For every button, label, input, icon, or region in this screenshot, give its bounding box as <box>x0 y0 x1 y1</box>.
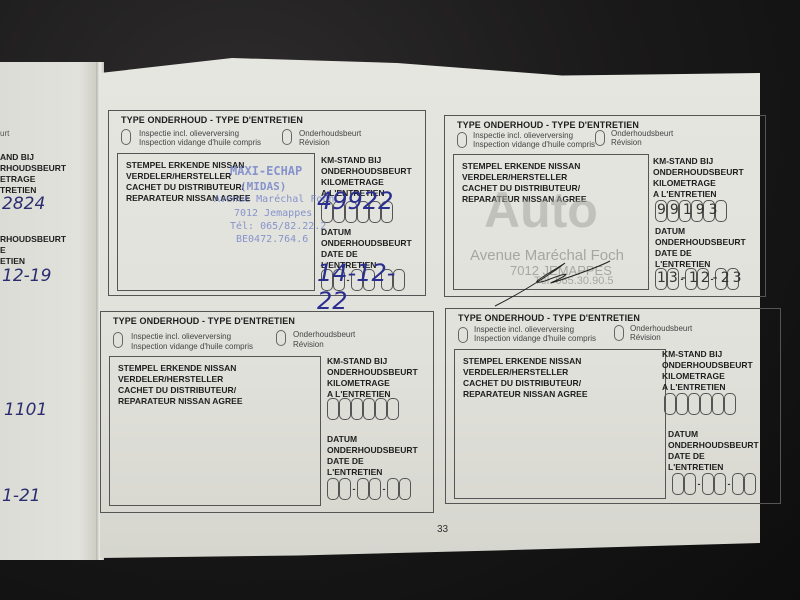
left-fragment: ETRAGE <box>0 174 35 185</box>
left-top-mileage: 2824 <box>2 194 45 214</box>
inspection-label-fr: Inspection vidange d'huile compris <box>139 138 261 148</box>
stamp-logo: Auto <box>484 181 598 239</box>
inspection-label-nl: Inspectie incl. olieverversing <box>131 332 231 342</box>
revision-label-nl: Onderhoudsbeurt <box>293 330 355 340</box>
stamp-sub: (MIDAS) <box>240 180 286 193</box>
revision-checkbox[interactable] <box>614 325 624 341</box>
date-label: DATUMONDERHOUDSBEURTDATE DEL'ENTRETIEN <box>668 429 759 473</box>
maintenance-entry-card: TYPE ONDERHOUD - TYPE D'ENTRETIEN Inspec… <box>100 311 434 513</box>
page-number: 33 <box>437 524 448 535</box>
date-value: 14-12-22 <box>317 259 425 315</box>
stamp-label: STEMPEL ERKENDE NISSANVERDELER/HERSTELLE… <box>118 363 243 407</box>
revision-label-fr: Révision <box>299 138 330 148</box>
mileage-label: KM-STAND BIJONDERHOUDSBEURTKILOMETRAGEA … <box>662 349 753 393</box>
revision-checkbox[interactable] <box>595 130 605 146</box>
left-fragment: RHOUDSBEURT <box>0 163 66 174</box>
mileage-field[interactable] <box>664 393 736 415</box>
inspection-label-fr: Inspection vidange d'huile compris <box>474 334 596 344</box>
stamp-label: STEMPEL ERKENDE NISSANVERDELER/HERSTELLE… <box>463 356 588 400</box>
inspection-label-fr: Inspection vidange d'huile compris <box>473 140 595 150</box>
dealer-stamp-area: STEMPEL ERKENDE NISSANVERDELER/HERSTELLE… <box>109 356 321 506</box>
left-top-date: 12-19 <box>2 266 51 286</box>
dealer-stamp-area: STEMPEL ERKENDE NISSANVERDELER/HERSTELLE… <box>454 349 666 499</box>
inspection-checkbox[interactable] <box>458 327 468 343</box>
left-bottom-mileage: 1101 <box>4 400 47 420</box>
date-value: 13-12-23 <box>657 270 745 286</box>
maintenance-entry-card: TYPE ONDERHOUD - TYPE D'ENTRETIEN Inspec… <box>444 115 766 297</box>
left-page: urt AND BIJ RHOUDSBEURT ETRAGE TRETIEN 2… <box>0 62 100 560</box>
card-title: TYPE ONDERHOUD - TYPE D'ENTRETIEN <box>113 316 295 326</box>
date-label: DATUMONDERHOUDSBEURTDATE DEL'ENTRETIEN <box>655 226 746 270</box>
mileage-label: KM-STAND BIJONDERHOUDSBEURTKILOMETRAGEA … <box>327 356 418 400</box>
card-title: TYPE ONDERHOUD - TYPE D'ENTRETIEN <box>458 313 640 323</box>
inspection-checkbox[interactable] <box>457 132 467 148</box>
revision-label-fr: Révision <box>293 340 324 350</box>
revision-checkbox[interactable] <box>282 129 292 145</box>
date-field[interactable]: -- <box>327 478 411 500</box>
maintenance-entry-card: TYPE ONDERHOUD - TYPE D'ENTRETIEN Inspec… <box>108 110 426 296</box>
stamp-city: 7012 Jemappes <box>234 208 312 219</box>
revision-checkbox[interactable] <box>276 330 286 346</box>
maintenance-entry-card: TYPE ONDERHOUD - TYPE D'ENTRETIEN Inspec… <box>445 308 781 504</box>
date-label: DATUMONDERHOUDSBEURTDATE DEL'ENTRETIEN <box>327 434 418 478</box>
mileage-field[interactable] <box>327 398 399 420</box>
signature-icon <box>485 251 615 311</box>
mileage-value: 99193 <box>657 202 722 218</box>
left-fragment: E <box>0 245 6 256</box>
inspection-label-fr: Inspection vidange d'huile compris <box>131 342 253 352</box>
left-fragment: RHOUDSBEURT <box>0 234 66 245</box>
left-fragment: urt <box>0 128 9 139</box>
stamp-phone: Tél: 065/82.22.2 <box>230 221 326 232</box>
date-field[interactable]: -- <box>672 473 756 495</box>
revision-label-fr: Révision <box>611 138 642 148</box>
dealer-stamp-area: STEMPEL ERKENDE NISSANVERDELER/HERSTELLE… <box>117 153 315 291</box>
mileage-value: 49922 <box>317 187 393 215</box>
inspection-checkbox[interactable] <box>121 129 131 145</box>
card-title: TYPE ONDERHOUD - TYPE D'ENTRETIEN <box>121 115 303 125</box>
left-bottom-date: 1-21 <box>2 486 41 506</box>
mileage-label: KM-STAND BIJONDERHOUDSBEURTKILOMETRAGEA … <box>653 156 744 200</box>
stamp-vat: BE0472.764.6 <box>236 234 308 245</box>
inspection-checkbox[interactable] <box>113 332 123 348</box>
left-fragment: AND BIJ <box>0 152 34 163</box>
revision-label-fr: Révision <box>630 333 661 343</box>
stamp-name: MAXI-ECHAP <box>230 164 302 178</box>
